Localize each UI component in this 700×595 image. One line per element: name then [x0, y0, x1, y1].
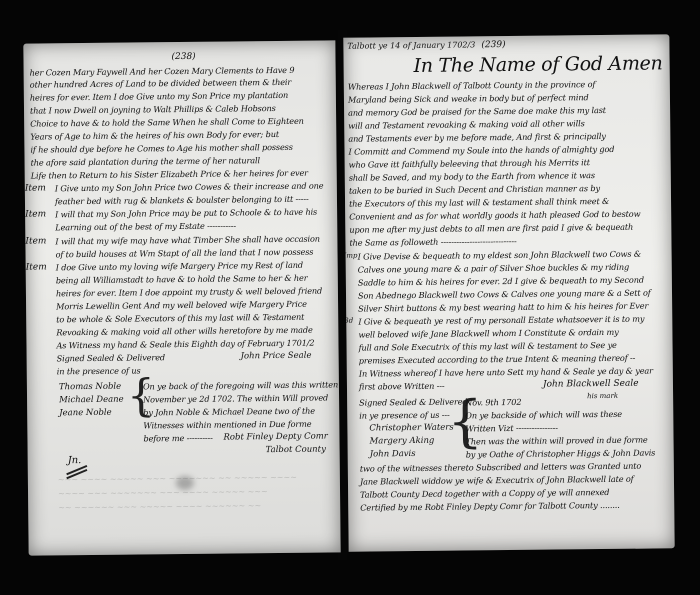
probate-line: Jane Blackwell widdow ye wife & Executri… — [360, 474, 634, 487]
left-line: her Cozen Mary Faywell And her Cozen Mar… — [30, 65, 295, 78]
left-line: of to build houses at Wm Stapt of all th… — [55, 247, 313, 260]
left-line: other hundred Acres of Land to be divide… — [30, 77, 291, 90]
right-line: taken to be buried in Such Decent and Ch… — [349, 183, 600, 196]
right-line: I Give Devise & bequeath to my eldest so… — [358, 249, 642, 262]
left-line: I will that my wife may have what Timber… — [55, 234, 320, 247]
left-line: the afore said plantation during the ter… — [31, 155, 260, 167]
right-line: I Committ and Commend my Soule into the … — [348, 144, 614, 157]
left-line: Morris Lewellin Gent And my well beloved… — [56, 299, 307, 312]
right-line: premises Executed according to the true … — [359, 353, 636, 366]
margin-item-label: Item — [25, 236, 46, 246]
right-line: who Gave itt faithfully beleeving that t… — [349, 157, 590, 170]
probate-line: Then was the within will proved in due f… — [465, 435, 647, 447]
right-line: first above Written --- — [359, 381, 445, 392]
probate-line: November ye 2d 1702. The within Will pro… — [143, 392, 328, 404]
left-line: heires for ever. Item I doe appoint my t… — [56, 286, 322, 299]
margin-item-label: 3d — [344, 317, 353, 325]
right-page: Talbott ye 14 of January 1702/3 (239) In… — [343, 34, 674, 551]
right-line: well beloved wife Jane Blackwell whom I … — [358, 327, 618, 340]
testator-mark-label: his mark — [587, 392, 618, 400]
probate-line: On ye back of the foregoing will was thi… — [143, 379, 338, 391]
left-line: feather bed with rug & blankets & boulst… — [55, 194, 309, 207]
left-line: As Witness my hand & Seale this Eighth d… — [56, 338, 314, 351]
probate-line: before me ---------- — [143, 433, 212, 444]
header-date: Talbott ye 14 of January 1702/3 — [347, 40, 475, 50]
right-line: full and Sole Executrix of this my last … — [359, 340, 617, 353]
margin-item-label: Imp — [344, 252, 358, 260]
document-title: In The Name of God Amen — [414, 52, 663, 77]
right-line: and Testaments ever by me before made, A… — [348, 131, 605, 144]
right-line: I Give & bequeath ye rest of my personal… — [358, 314, 644, 327]
right-line: Convenient and as for what worldly goods… — [349, 209, 640, 222]
open-ledger-book: (238) her Cozen Mary Faywell And her Coz… — [0, 0, 700, 595]
left-line: that I now Dwell on joyning to Walt Phil… — [30, 103, 276, 116]
probate-line: Written Vizt ---------------- — [465, 422, 557, 433]
right-line: Whereas I John Blackwell of Talbott Coun… — [348, 79, 595, 92]
left-line: I will that my Son John Price may be put… — [55, 207, 317, 220]
margin-item-label: Item — [25, 183, 46, 193]
testator-signature: John Price Seale — [241, 351, 312, 362]
probate-line: two of the witnesses thereto Subscribed … — [360, 461, 641, 474]
bleed-through-text: ~~ ~~~~~~ ~~~ ~~~~~ ~~~~ ~~~~~~ ~~ — [58, 501, 261, 512]
left-page: (238) her Cozen Mary Faywell And her Coz… — [23, 40, 340, 555]
witness-name: Jeane Noble — [59, 408, 112, 419]
bleed-through-text: ~~~~ ~~~ ~~~~~~~ ~~~ ~~~~ ~~~~~ ~~~ — [58, 487, 268, 498]
probate-line: Talbott County Decd together with a Copp… — [360, 487, 609, 500]
probate-line: Nov. 9th 1702 — [465, 397, 521, 408]
witness-name: Thomas Noble — [59, 382, 121, 393]
clerk-signature: Robt Finley Depty Comr — [223, 431, 327, 442]
attestation-line: Signed Sealed & Delivered — [57, 352, 165, 363]
margin-mark: Jn. — [68, 455, 82, 466]
right-line: Saddle to him & his heires for ever. 2d … — [358, 275, 644, 288]
left-line: heires for ever. Item I doe Give unto my… — [30, 90, 288, 103]
right-line: upon me after my just debts to all men a… — [349, 222, 633, 235]
right-line: the Executors of this my last will & tes… — [349, 196, 609, 209]
left-line: Learning out of the best of my Estate --… — [55, 220, 236, 232]
margin-item-label: Item — [26, 262, 47, 272]
witness-name: John Davis — [370, 449, 416, 459]
right-line: the Same as followeth ------------------… — [349, 236, 516, 248]
witness-name: Margery Aking — [369, 436, 434, 447]
probate-line: by John Noble & Michael Deane two of the — [143, 406, 315, 418]
right-line: and memory God be praised for the Same d… — [348, 105, 606, 118]
left-line: I Give unto my Son John Price two Cowes … — [55, 181, 324, 194]
probate-line: On ye backside of which will was these — [465, 409, 622, 421]
left-folio-number: (238) — [171, 52, 195, 62]
left-line: Years of Age to him & the heires of his … — [30, 129, 279, 142]
left-line: Life then to Return to his Sister Elizab… — [31, 168, 308, 181]
attestation-line: in ye presence of us --- — [359, 410, 449, 421]
left-line: if he should dye before he Comes to Age … — [30, 142, 292, 155]
witness-name: Christopher Waters — [369, 423, 453, 434]
margin-item-label: Item — [25, 209, 46, 219]
right-line: will and Testament revoaking & making vo… — [348, 118, 584, 130]
right-line: shall be Saved, and my body to the Earth… — [349, 170, 595, 183]
right-folio-number: (239) — [481, 40, 505, 50]
right-line: Silver Shirt buttons & my best wearing h… — [358, 301, 648, 314]
left-line: Choice to have & to hold the Same When h… — [30, 116, 304, 129]
right-line: Son Abednego Blackwell two Cows & Calves… — [358, 288, 651, 301]
testator-signature: John Blackwell Seale — [543, 379, 639, 390]
probate-line: Witnesses within mentioned in Due forme — [143, 419, 311, 431]
probate-line: Certified by me Robt Finley Depty Comr f… — [360, 500, 620, 513]
witness-name: Michael Deane — [59, 395, 124, 406]
left-line: to be whole & Sole Executors of this my … — [56, 312, 304, 325]
right-line: Calves one young mare & a pair of Silver… — [358, 262, 629, 275]
right-line: Maryland being Sick and weake in body bu… — [348, 92, 589, 105]
right-line: In Witness whereof I have here unto Sett… — [359, 365, 653, 378]
left-line: Revoaking & making void all other wills … — [56, 325, 312, 338]
left-line: I doe Give unto my loving wife Margery P… — [56, 260, 303, 273]
probate-line: by ye Oathe of Christopher Higgs & John … — [466, 447, 656, 459]
left-line: being all Williamstadt to have & to hold… — [56, 273, 308, 286]
clerk-county: Talbot County — [266, 445, 326, 456]
